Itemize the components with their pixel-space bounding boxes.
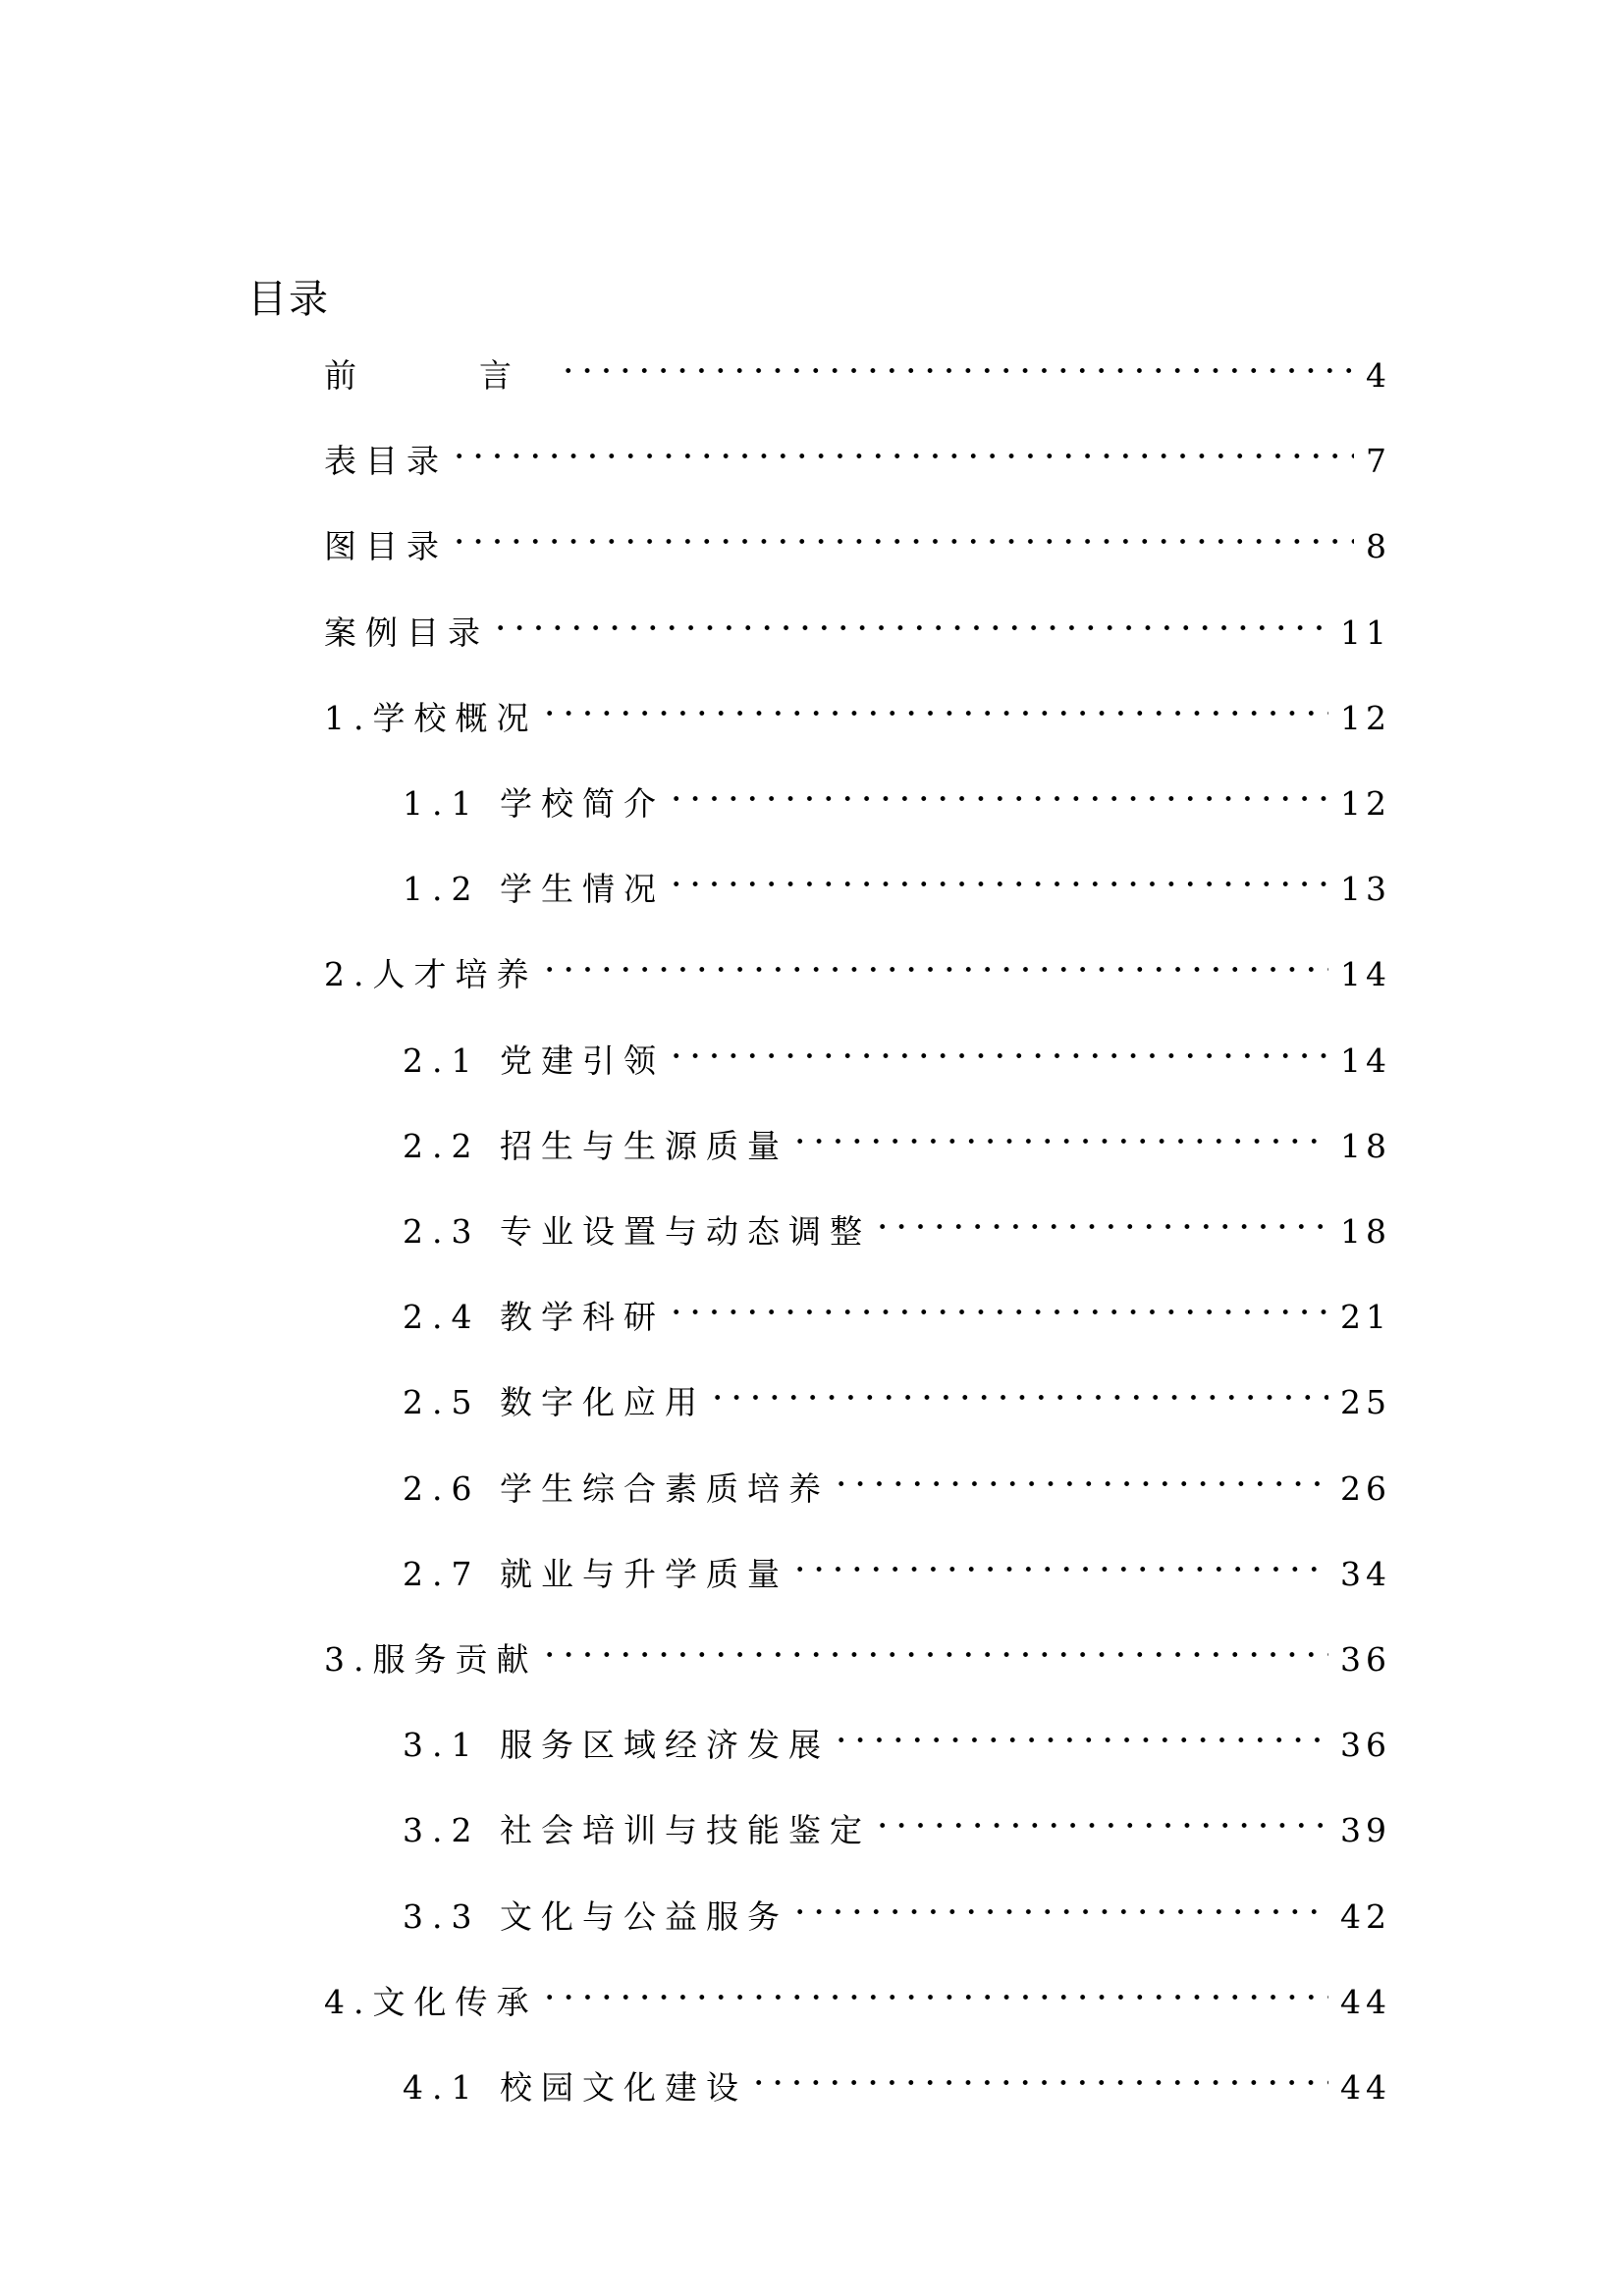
toc-page-number: 7 — [1366, 434, 1391, 489]
toc-entry-section-3[interactable]: 3.服务贡献 36 — [324, 1616, 1386, 1671]
toc-entry-label: 2.4 教学科研 — [403, 1290, 665, 1345]
toc-entry-label: 案例目录 — [324, 606, 489, 661]
toc-page-number: 14 — [1340, 1034, 1391, 1089]
toc-entry-list-of-figures[interactable]: 图目录 8 — [324, 503, 1386, 558]
toc-page-number: 12 — [1340, 776, 1391, 831]
toc-entry-label: 2.3 专业设置与动态调整 — [403, 1204, 871, 1259]
toc-dot-leader — [538, 674, 1329, 729]
toc-page-number: 34 — [1340, 1547, 1391, 1602]
toc-entry-label: 3.服务贡献 — [324, 1632, 538, 1687]
toc-entry-section-2-2[interactable]: 2.2 招生与生源质量 18 — [403, 1102, 1386, 1157]
toc-entry-list-of-tables[interactable]: 表目录 7 — [324, 417, 1386, 472]
toc-dot-leader — [830, 1701, 1328, 1756]
toc-entry-label: 3.3 文化与公益服务 — [403, 1890, 788, 1945]
toc-dot-leader — [747, 2044, 1328, 2099]
toc-entry-section-2-1[interactable]: 2.1 党建引领 14 — [403, 1017, 1386, 1072]
toc-entry-section-1-2[interactable]: 1.2 学生情况 13 — [403, 845, 1386, 900]
toc-entry-label: 4.1 校园文化建设 — [403, 2060, 747, 2115]
toc-page-number: 42 — [1340, 1890, 1391, 1945]
toc-entry-section-4[interactable]: 4.文化传承 44 — [324, 1958, 1386, 2013]
toc-page-number: 13 — [1340, 862, 1391, 917]
toc-page-number: 36 — [1340, 1718, 1391, 1773]
toc-entry-label: 前 言 — [324, 348, 557, 403]
toc-entry-preface[interactable]: 前 言 4 — [324, 332, 1386, 387]
toc-dot-leader — [489, 589, 1328, 644]
toc-entry-section-2[interactable]: 2.人才培养 14 — [324, 931, 1386, 986]
toc-entry-label: 1.学校概况 — [324, 691, 538, 746]
toc-entry-label: 2.人才培养 — [324, 947, 538, 1002]
toc-dot-leader — [557, 332, 1354, 387]
toc-dot-leader — [788, 1873, 1328, 1928]
toc-entry-section-2-7[interactable]: 2.7 就业与升学质量 34 — [403, 1530, 1386, 1585]
toc-dot-leader — [665, 760, 1328, 815]
toc-entry-section-3-2[interactable]: 3.2 社会培训与技能鉴定 39 — [403, 1787, 1386, 1842]
toc-entry-section-1-1[interactable]: 1.1 学校简介 12 — [403, 760, 1386, 815]
toc-page-number: 14 — [1340, 947, 1391, 1002]
toc-dot-leader — [538, 1616, 1329, 1671]
toc-page-number: 12 — [1340, 691, 1391, 746]
toc-entry-section-2-6[interactable]: 2.6 学生综合素质培养 26 — [403, 1445, 1386, 1500]
toc-entry-label: 3.2 社会培训与技能鉴定 — [403, 1803, 871, 1858]
toc-dot-leader — [448, 417, 1354, 472]
toc-entry-list-of-cases[interactable]: 案例目录 11 — [324, 589, 1386, 644]
toc-entry-section-1[interactable]: 1.学校概况 12 — [324, 674, 1386, 729]
toc-entry-label: 表目录 — [324, 434, 448, 489]
toc-entry-section-3-3[interactable]: 3.3 文化与公益服务 42 — [403, 1873, 1386, 1928]
page-title: 目录 — [247, 272, 330, 327]
toc-entry-label: 2.7 就业与升学质量 — [403, 1547, 788, 1602]
toc-dot-leader — [538, 931, 1329, 986]
toc-dot-leader — [788, 1102, 1328, 1157]
toc-entry-section-2-3[interactable]: 2.3 专业设置与动态调整 18 — [403, 1188, 1386, 1243]
toc-page-number: 36 — [1340, 1632, 1391, 1687]
toc-dot-leader — [788, 1530, 1328, 1585]
toc-entry-label: 2.5 数字化应用 — [403, 1375, 706, 1430]
toc-page-number: 25 — [1340, 1375, 1391, 1430]
toc-entry-label: 4.文化传承 — [324, 1975, 538, 2030]
toc-page-number: 8 — [1366, 519, 1391, 574]
toc-entry-label: 3.1 服务区域经济发展 — [403, 1718, 830, 1773]
toc-dot-leader — [665, 1017, 1328, 1072]
toc-page-number: 11 — [1340, 606, 1391, 661]
toc-entry-label: 2.1 党建引领 — [403, 1034, 665, 1089]
toc-entry-section-4-1[interactable]: 4.1 校园文化建设 44 — [403, 2044, 1386, 2099]
toc-page-number: 39 — [1340, 1803, 1391, 1858]
toc-page-number: 26 — [1340, 1462, 1391, 1517]
toc-page-number: 21 — [1340, 1290, 1391, 1345]
toc-entry-label: 图目录 — [324, 519, 448, 574]
toc-dot-leader — [665, 845, 1328, 900]
toc-dot-leader — [665, 1273, 1328, 1328]
toc-page-number: 44 — [1340, 1975, 1391, 2030]
toc-dot-leader — [830, 1445, 1328, 1500]
toc-dot-leader — [448, 503, 1354, 558]
toc-page-number: 18 — [1340, 1119, 1391, 1174]
toc-entry-label: 1.1 学校简介 — [403, 776, 665, 831]
toc-entry-label: 2.6 学生综合素质培养 — [403, 1462, 830, 1517]
toc-page-number: 4 — [1366, 348, 1391, 403]
toc-entry-label: 1.2 学生情况 — [403, 862, 665, 917]
toc-dot-leader — [706, 1359, 1328, 1414]
toc-dot-leader — [538, 1958, 1329, 2013]
toc-page-number: 18 — [1340, 1204, 1391, 1259]
toc-dot-leader — [871, 1188, 1328, 1243]
toc-page-number: 44 — [1340, 2060, 1391, 2115]
toc-dot-leader — [871, 1787, 1328, 1842]
toc-entry-section-2-4[interactable]: 2.4 教学科研 21 — [403, 1273, 1386, 1328]
toc-entry-section-2-5[interactable]: 2.5 数字化应用 25 — [403, 1359, 1386, 1414]
toc-entry-section-3-1[interactable]: 3.1 服务区域经济发展 36 — [403, 1701, 1386, 1756]
toc-entry-label: 2.2 招生与生源质量 — [403, 1119, 788, 1174]
